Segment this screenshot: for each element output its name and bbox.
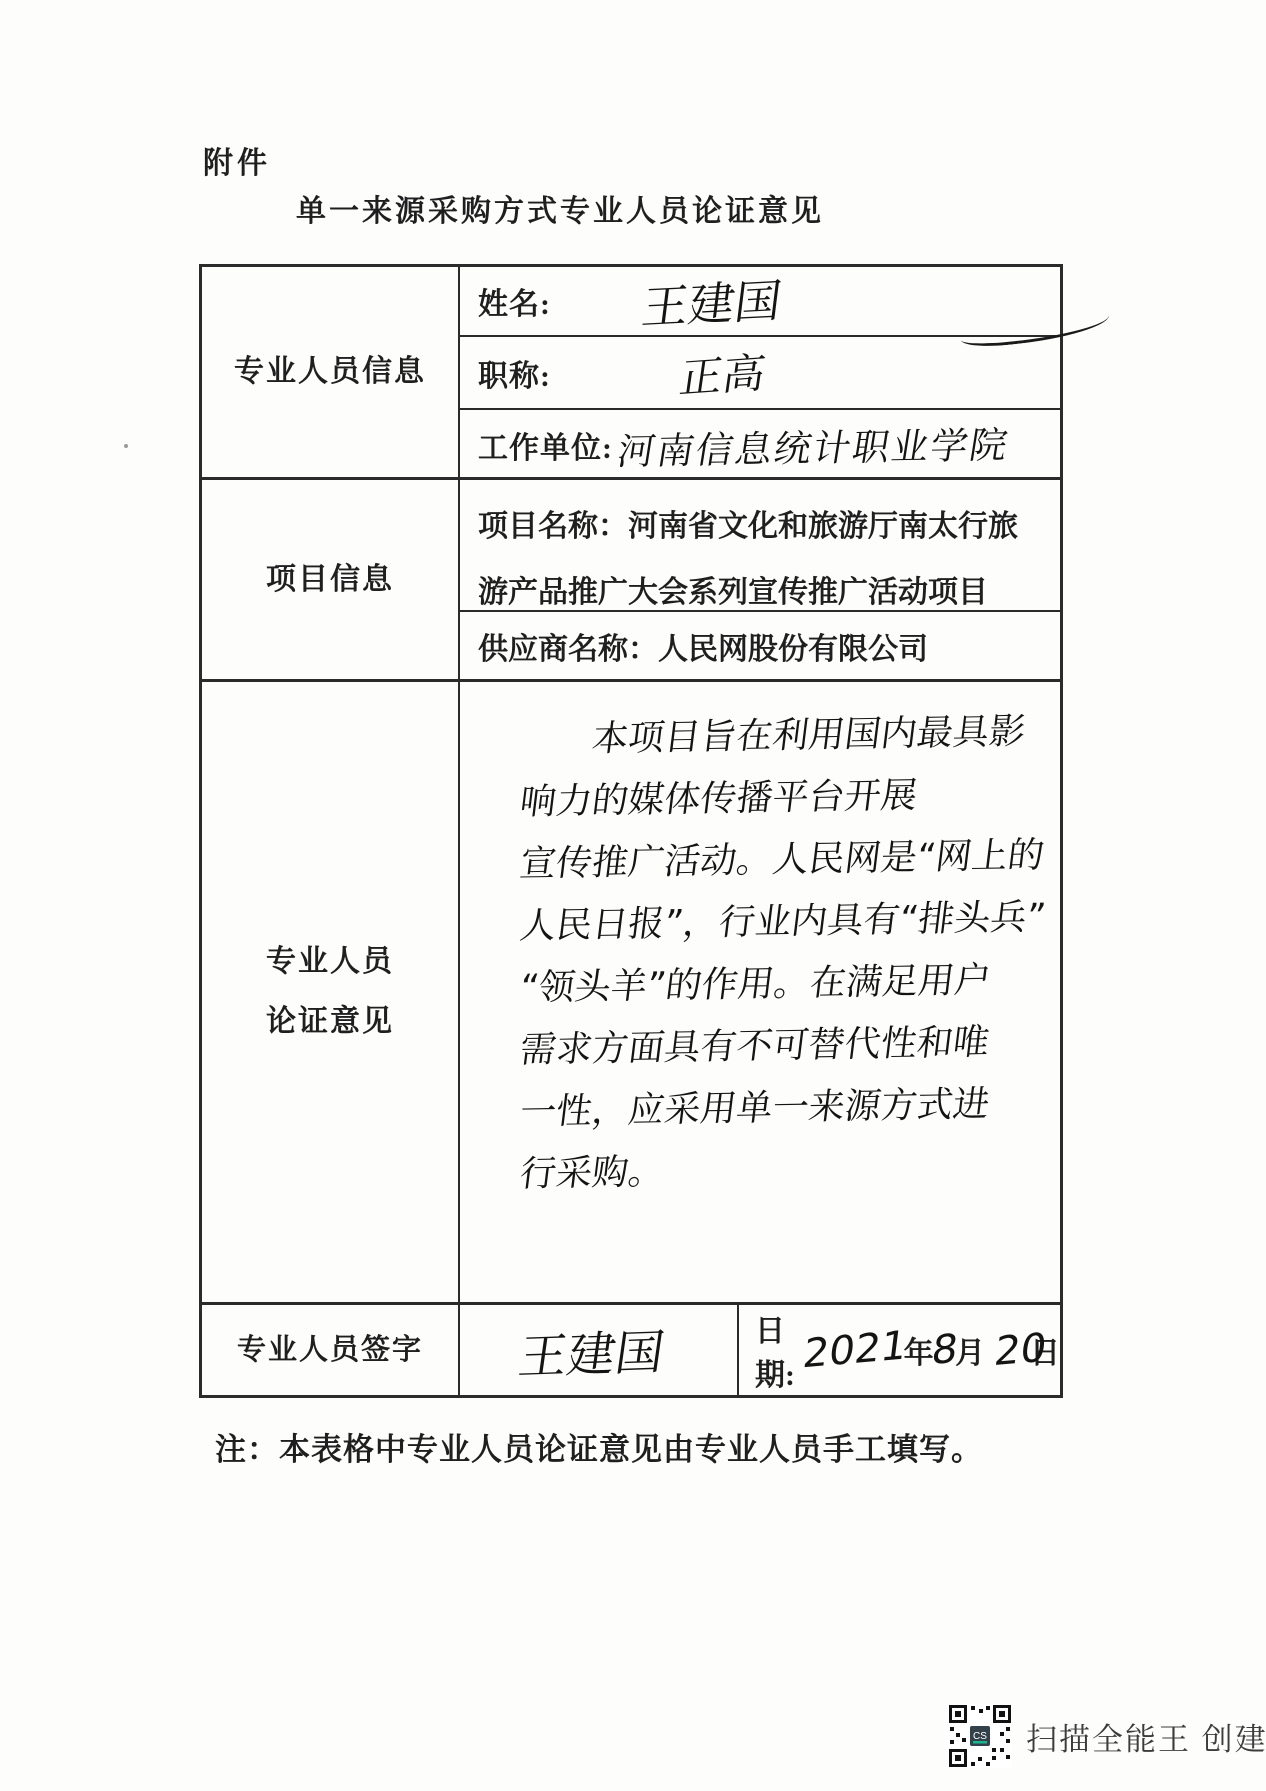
attachment-label: 附件 — [203, 138, 271, 182]
supplier-label: 供应商名称： — [478, 624, 658, 668]
workunit-label: 工作单位: — [478, 423, 613, 467]
name-label: 姓名: — [478, 279, 551, 323]
opinion-line: 一性，应采用单一来源方式进 — [516, 1073, 1055, 1144]
page-title: 单一来源采购方式专业人员论证意见 — [0, 186, 1120, 230]
opinion-line: 行采购。 — [516, 1135, 1055, 1206]
personnel-info-section-label: 专业人员信息 — [202, 267, 460, 480]
qr-center-label: CS — [973, 1731, 987, 1742]
workunit-handwritten-value: 河南信息统计职业学院 — [614, 415, 1014, 476]
opinion-line: 响力的媒体传播平台开展 — [516, 763, 1055, 834]
supplier-value: 人民网股份有限公司 — [658, 624, 928, 668]
name-handwritten-value: 王建国 — [638, 264, 785, 337]
jobtitle-row: 职称: 正高 — [460, 337, 1060, 410]
project-info-section-label: 项目信息 — [202, 480, 460, 682]
opinion-line: “领头羊”的作用。在满足用户 — [516, 949, 1055, 1020]
scanner-footer: CS 扫描全能王 创建 — [948, 1704, 1266, 1768]
opinion-section: 专业人员 论证意见 本项目旨在利用国内最具影 响力的媒体传播平台开展 宣传推广活… — [202, 682, 1060, 1305]
signature-section-label: 专业人员签字 — [202, 1305, 460, 1395]
jobtitle-label: 职称: — [478, 351, 551, 395]
opinion-line: 需求方面具有不可替代性和唯 — [516, 1011, 1055, 1082]
project-name-line2: 游产品推广大会系列宣传推广活动项目 — [478, 560, 1040, 626]
scanner-credit-text: 扫描全能王 创建 — [1026, 1714, 1266, 1759]
month-unit: 月 — [955, 1328, 985, 1372]
project-name-line1: 河南省文化和旅游厅南太行旅 — [628, 510, 1018, 543]
project-info-section: 项目信息 项目名称：河南省文化和旅游厅南太行旅 游产品推广大会系列宣传推广活动项… — [202, 480, 1060, 682]
opinion-line: 本项目旨在利用国内最具影 — [516, 701, 1055, 772]
project-name-cell: 项目名称：河南省文化和旅游厅南太行旅 游产品推广大会系列宣传推广活动项目 — [460, 480, 1060, 612]
personnel-info-section: 专业人员信息 姓名: 王建国 职称: 正高 工作单位: 河南信息统计职业学院 — [202, 267, 1060, 480]
scan-speck — [124, 444, 128, 448]
workunit-row: 工作单位: 河南信息统计职业学院 — [460, 410, 1060, 480]
argumentation-form-table: 专业人员信息 姓名: 王建国 职称: 正高 工作单位: 河南信息统计职业学院 — [199, 264, 1063, 1398]
date-year-handwritten: 2021 — [800, 1323, 909, 1378]
opinion-label-line2: 论证意见 — [266, 992, 394, 1052]
opinion-line: 人民日报”，行业内具有“排头兵” — [516, 887, 1055, 958]
date-day-handwritten: 20 — [992, 1325, 1049, 1375]
opinion-line: 宣传推广活动。人民网是“网上的 — [516, 825, 1055, 896]
signature-cell: 王建国 — [460, 1305, 739, 1395]
qr-code: CS — [948, 1704, 1012, 1768]
footnote: 注：本表格中专业人员论证意见由专业人员手工填写。 — [215, 1424, 983, 1469]
scanned-document-page: 附件 单一来源采购方式专业人员论证意见 专业人员信息 姓名: 王建国 职称: 正… — [0, 0, 1266, 1791]
date-cell: 日期: 2021 年 8 月 20 日 — [739, 1305, 1060, 1395]
jobtitle-handwritten-value: 正高 — [676, 340, 770, 406]
opinion-section-label: 专业人员 论证意见 — [202, 682, 460, 1305]
signature-handwritten: 王建国 — [515, 1313, 670, 1387]
project-name-label: 项目名称： — [478, 510, 628, 543]
opinion-handwritten-text: 本项目旨在利用国内最具影 响力的媒体传播平台开展 宣传推广活动。人民网是“网上的… — [460, 682, 1060, 1302]
date-label: 日期: — [755, 1306, 806, 1394]
opinion-label-line1: 专业人员 — [266, 932, 394, 992]
signature-section: 专业人员签字 王建国 日期: 2021 年 8 月 20 日 — [202, 1305, 1060, 1395]
